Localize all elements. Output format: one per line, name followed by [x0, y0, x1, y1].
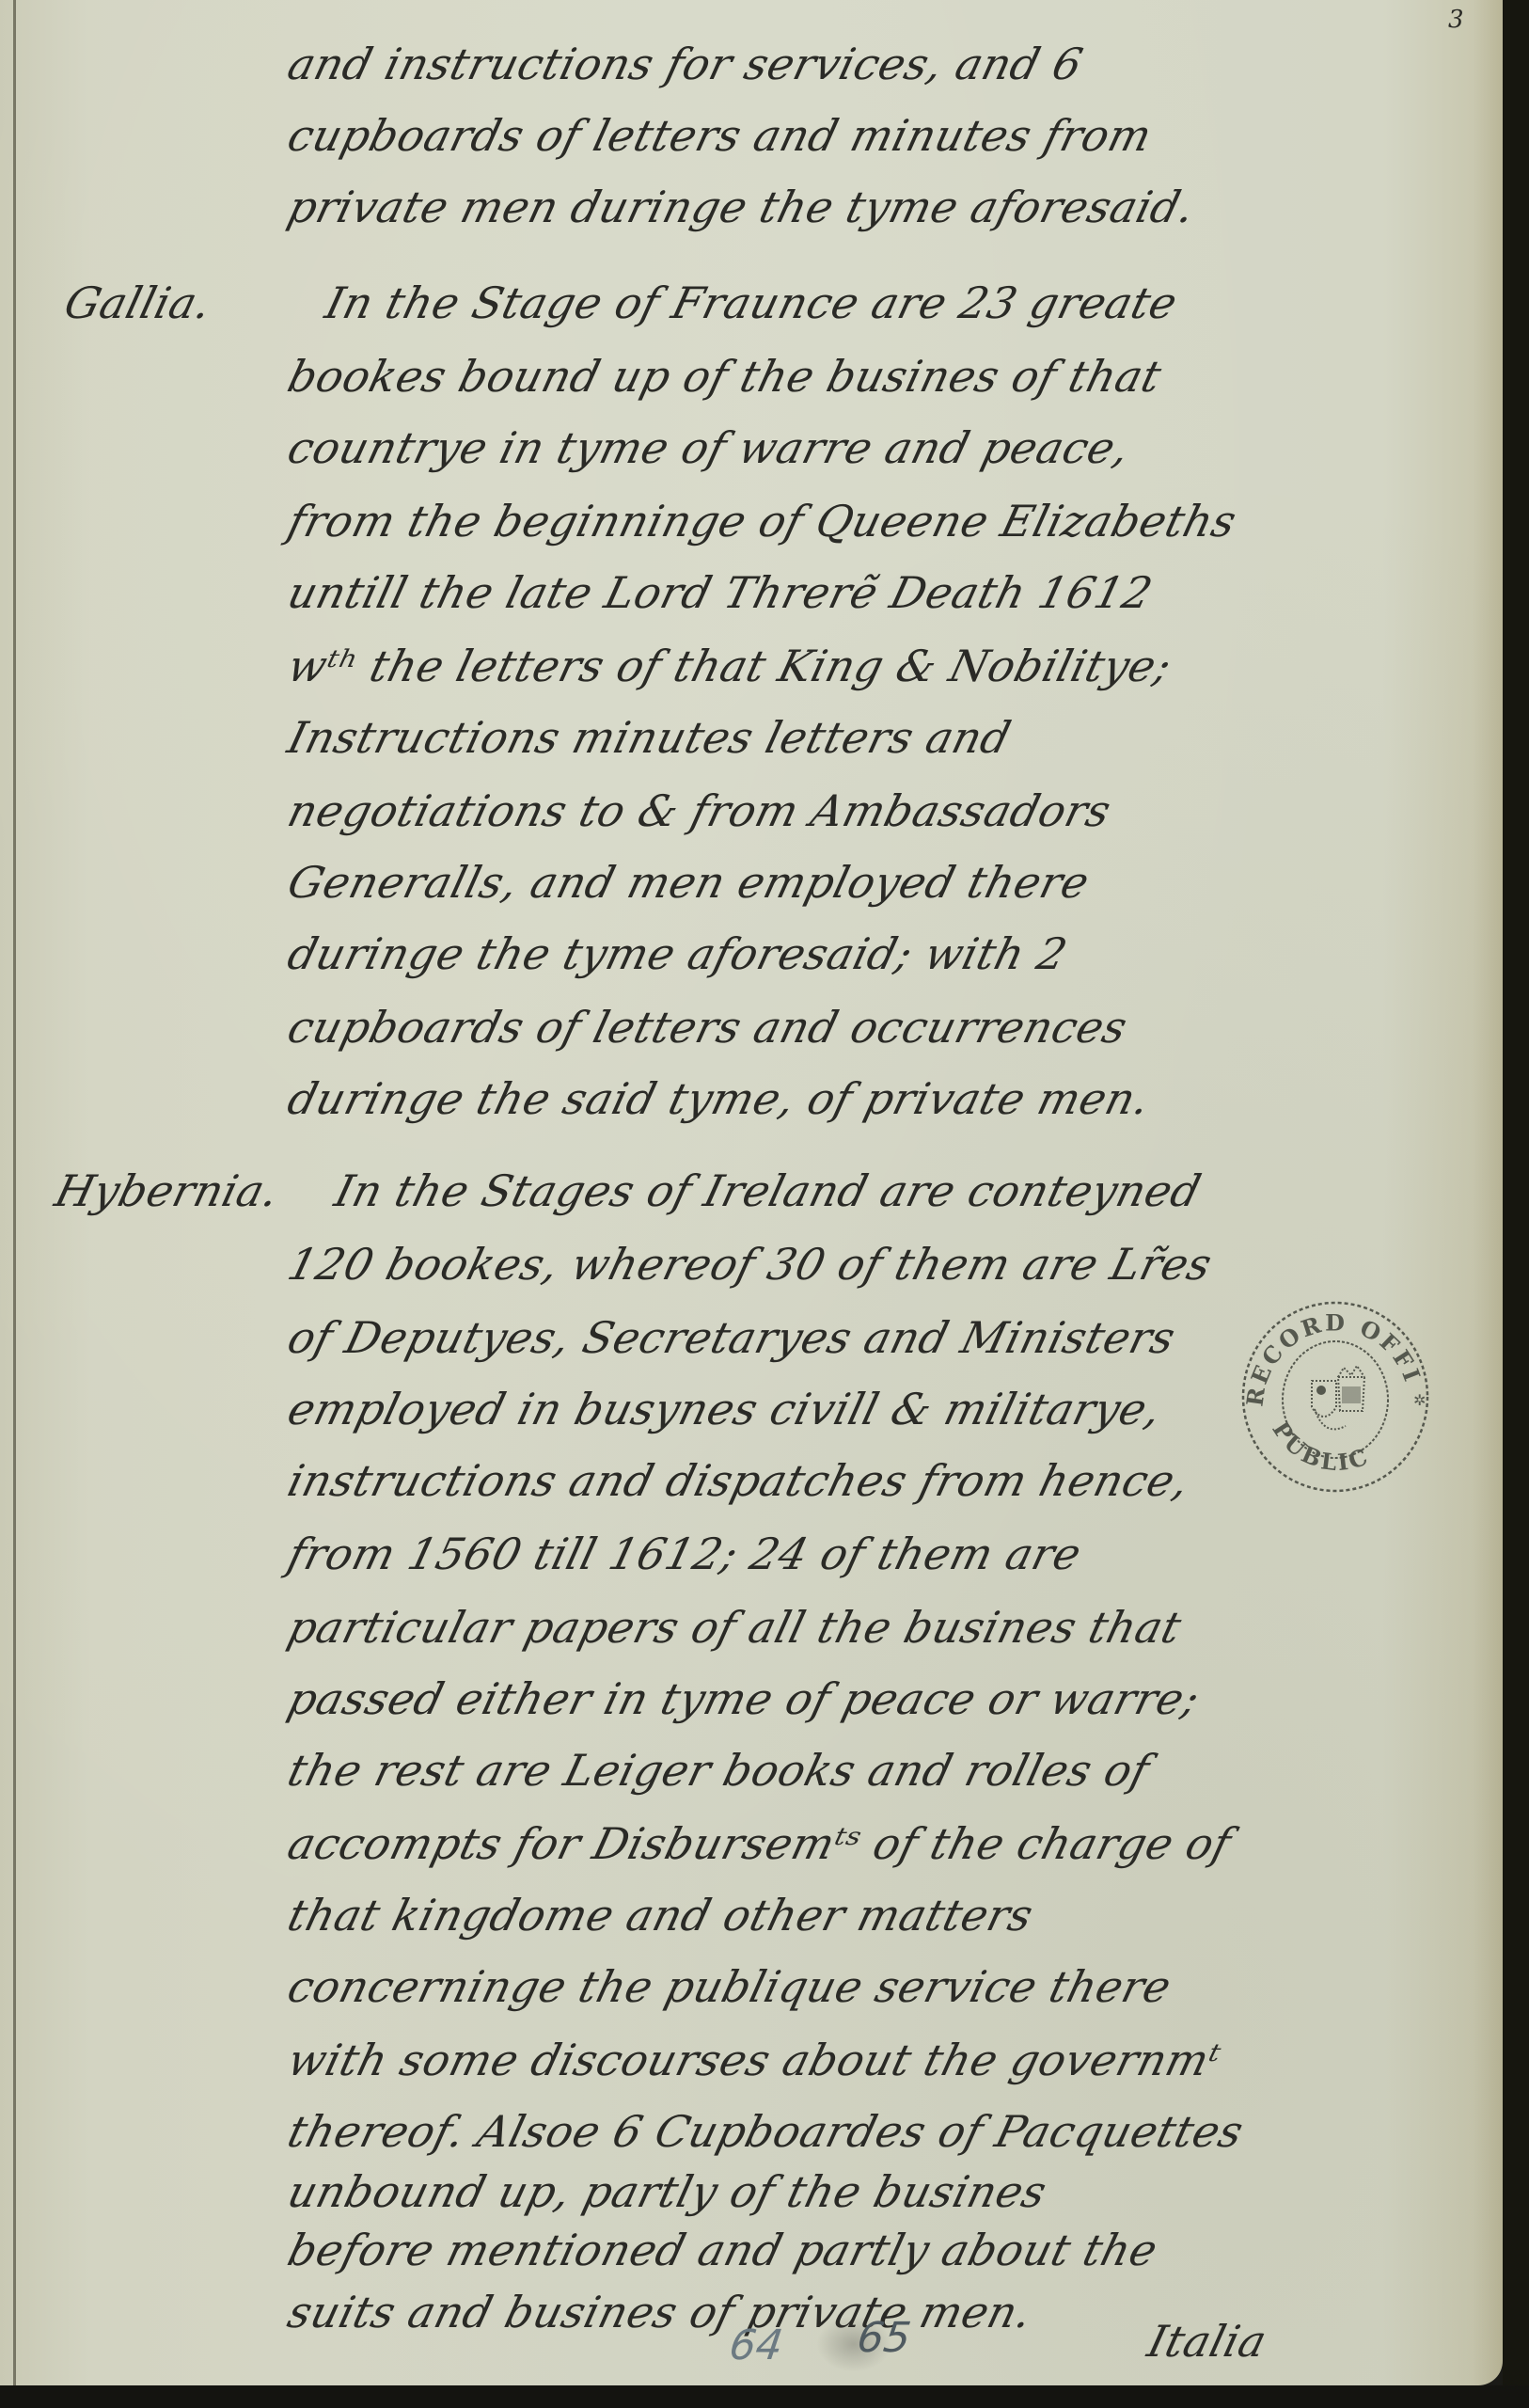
text-line: duringe the said tyme, of private men.	[282, 1070, 1156, 1127]
text-line: thereof. Alsoe 6 Cupboardes of Pacquette…	[282, 2103, 1250, 2160]
text-line: duringe the tyme aforesaid; with 2	[282, 926, 1073, 982]
text-line: private men duringe the tyme aforesaid.	[282, 179, 1201, 235]
text-line: untill the late Lord Threrẽ Death 1612	[282, 564, 1159, 621]
page-edge-shadow	[1503, 0, 1529, 2408]
text-line: with some discourses about the governmᵗ	[282, 2032, 1226, 2088]
text-line: the rest are Leiger books and rolles of	[282, 1742, 1156, 1798]
manuscript-page: 3 and instructions for services, and 6 c…	[0, 0, 1503, 2385]
text-line: from 1560 till 1612; 24 of them are	[282, 1526, 1087, 1582]
text-line: suits and busines of private men.	[282, 2284, 1038, 2340]
text-line: unbound up, partly of the busines	[282, 2163, 1052, 2220]
text-line: of Deputyes, Secretaryes and Ministers	[282, 1309, 1181, 1366]
text-line: employed in busynes civill & militarye,	[282, 1381, 1167, 1437]
struck-page-number: 65	[854, 2314, 913, 2362]
text-line: before mentioned and partly about the	[282, 2222, 1163, 2278]
text-line: from the beginninge of Queene Elizabeths	[282, 493, 1242, 549]
svg-text:RECORD OFFICE: RECORD OFFICE	[1235, 1296, 1427, 1408]
binding-edge	[13, 0, 16, 2385]
svg-text:✲: ✲	[1413, 1391, 1426, 1409]
text-line: passed either in tyme of peace or warre;	[282, 1671, 1206, 1727]
text-line: particular papers of all the busines tha…	[282, 1599, 1188, 1655]
page-edge-shadow-bottom	[0, 2385, 1529, 2408]
text-line: instructions and dispatches from hence,	[282, 1452, 1195, 1509]
catchword: Italia	[1143, 2316, 1271, 2367]
public-record-office-stamp: RECORD OFFICE PUBLIC ✲	[1235, 1296, 1436, 1497]
text-line: concerninge the publique service there	[282, 1958, 1177, 2015]
text-line: and instructions for services, and 6	[282, 36, 1089, 92]
text-line: Generalls, and men employed there	[282, 854, 1096, 911]
text-line: 120 bookes, whereof 30 of them are Lr̃es	[282, 1236, 1218, 1292]
text-line: wᵗʰ the letters of that King & Nobilitye…	[282, 638, 1177, 694]
text-line: In the Stages of Ireland are conteyned	[329, 1163, 1207, 1219]
text-line: accompts for Disbursemᵗˢ of the charge o…	[282, 1815, 1237, 1872]
text-line: that kingdome and other matters	[282, 1887, 1039, 1943]
text-line: cupboards of letters and occurrences	[282, 999, 1133, 1055]
text-line: In the Stage of Fraunce are 23 greate	[320, 275, 1183, 331]
svg-text:PUBLIC: PUBLIC	[1267, 1417, 1373, 1477]
margin-label-hybernia: Hybernia.	[50, 1163, 286, 1219]
text-line: countrye in tyme of warre and peace,	[282, 420, 1136, 476]
text-line: Instructions minutes letters and	[282, 709, 1017, 766]
text-line: cupboards of letters and minutes from	[282, 107, 1158, 164]
pencil-page-number: 64	[726, 2321, 785, 2369]
crown-and-arms-icon: RECORD OFFICE PUBLIC ✲	[1235, 1296, 1436, 1497]
folio-number: 3	[1448, 6, 1464, 34]
text-line: negotiations to & from Ambassadors	[282, 783, 1117, 839]
margin-label-gallia: Gallia.	[59, 275, 218, 331]
text-line: bookes bound up of the busines of that	[282, 348, 1167, 404]
